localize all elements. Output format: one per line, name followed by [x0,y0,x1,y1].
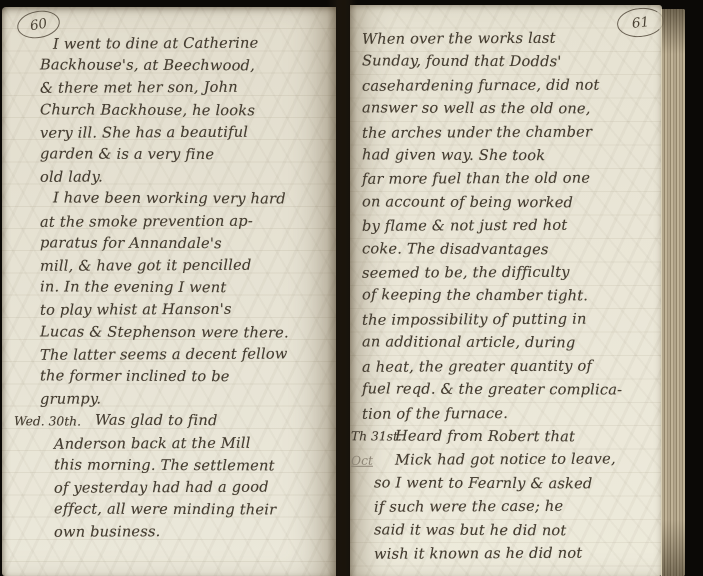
manuscript-line-text: I went to dine at Catherine [53,35,259,53]
right-page-text: When over the works lastSunday, found th… [362,27,662,565]
left-page-number: 60 [29,15,49,34]
manuscript-line-text: I have been working very hard [53,190,286,208]
manuscript-line-text: by flame & not just red hot [362,217,567,235]
margin-date-note: Th 31st. [351,425,402,449]
manuscript-line-text: if such were the case; he [374,498,563,516]
manuscript-line: paratus for Annandale's [40,232,334,255]
manuscript-line-text: an additional article, during [362,334,575,352]
margin-date-note: Oct [351,450,373,474]
manuscript-line: by flame & not just red hot [362,213,662,238]
manuscript-line: on account of being worked [362,190,662,215]
manuscript-line-text: so I went to Fearnly & asked [374,474,593,492]
page-edge-stack [661,9,685,576]
manuscript-line-text: the former inclined to be [40,367,230,385]
manuscript-line: own business. [40,521,334,545]
manuscript-line-text: The latter seems a decent fellow [40,345,288,363]
manuscript-line-text: of keeping the chamber tight. [362,287,588,305]
manuscript-line-text: effect, all were minding their [54,501,276,519]
manuscript-line-text: said it was but he did not [374,521,567,539]
manuscript-line: Wed. 30th.Was glad to find [40,410,334,433]
manuscript-line: Anderson back at the Mill [40,432,334,456]
manuscript-line: so I went to Fearnly & asked [362,471,662,496]
manuscript-line: mill, & have got it pencilled [40,254,334,278]
manuscript-line: When over the works last [362,26,662,51]
manuscript-line: a heat, the greater quantity of [362,354,662,379]
manuscript-line: coke. The disadvantages [362,237,662,262]
manuscript-line-text: a heat, the greater quantity of [362,357,592,375]
manuscript-line: garden & is a very fine [40,143,334,166]
manuscript-line-text: at the smoke prevention ap- [40,212,253,230]
manuscript-line: old lady. [40,165,334,189]
manuscript-line-text: very ill. She has a beautiful [40,123,248,141]
manuscript-line-text: own business. [54,524,161,542]
manuscript-line: grumpy. [40,387,334,411]
manuscript-line: Lucas & Stephenson were there. [40,321,334,344]
manuscript-line: at the smoke prevention ap- [40,210,334,234]
manuscript-line-text: Was glad to find [95,412,218,430]
manuscript-line: of keeping the chamber tight. [362,284,662,309]
manuscript-line-text: casehardening furnace, did not [362,76,600,94]
manuscript-line-text: seemed to be, the difficulty [362,264,570,282]
manuscript-line: effect, all were minding their [40,499,334,522]
manuscript-line: an additional article, during [362,331,662,356]
manuscript-line-text: Church Backhouse, he looks [40,101,255,119]
manuscript-line-text: to play whist at Hanson's [40,301,232,319]
manuscript-line: had given way. She took [362,143,662,168]
manuscript-line: wish it known as he did not [362,541,662,566]
manuscript-line: to play whist at Hanson's [40,299,334,323]
manuscript-line-text: Anderson back at the Mill [54,434,251,452]
manuscript-line-text: far more fuel than the old one [362,170,590,188]
manuscript-line: The latter seems a decent fellow [40,343,334,367]
manuscript-line-text: in. In the evening I went [40,279,227,297]
manuscript-line: said it was but he did not [362,518,662,543]
manuscript-line: tion of the furnace. [362,401,662,426]
manuscript-line-text: Sunday, found that Dodds' [362,53,562,71]
manuscript-line-text: Heard from Robert that [395,427,575,445]
manuscript-line: casehardening furnace, did not [362,73,662,98]
manuscript-line: seemed to be, the difficulty [362,260,662,285]
manuscript-line-text: paratus for Annandale's [40,234,222,252]
manuscript-line: I have been working very hard [40,188,334,211]
journal-photo: 60 61 I went to dine at CatherineBackhou… [0,0,703,576]
manuscript-line-text: Lucas & Stephenson were there. [40,323,289,341]
manuscript-line-text: answer so well as the old one, [362,100,591,118]
manuscript-line: the impossibility of putting in [362,307,662,332]
margin-date-note: Wed. 30th. [14,411,81,433]
manuscript-line-text: When over the works last [362,30,556,48]
manuscript-line-text: fuel reqd. & the greater complica- [362,380,622,398]
manuscript-line-text: on account of being worked [362,193,573,211]
manuscript-line-text: wish it known as he did not [374,545,582,563]
manuscript-line: Th 31st.Heard from Robert that [362,424,662,449]
manuscript-line: OctMick had got notice to leave, [362,448,662,473]
manuscript-line: Sunday, found that Dodds' [362,50,662,75]
manuscript-line-text: had given way. She took [362,146,545,164]
manuscript-line: & there met her son, John [40,77,334,101]
manuscript-line: I went to dine at Catherine [40,32,334,56]
manuscript-line: of yesterday had had a good [40,476,334,500]
manuscript-line: Church Backhouse, he looks [40,99,334,122]
manuscript-line-text: coke. The disadvantages [362,240,549,258]
manuscript-line: this morning. The settlement [40,454,334,477]
manuscript-line: far more fuel than the old one [362,167,662,192]
manuscript-line: if such were the case; he [362,494,662,519]
manuscript-line-text: & there met her son, John [40,79,238,97]
manuscript-line-text: Backhouse's, at Beechwood, [40,57,255,75]
manuscript-line: answer so well as the old one, [362,97,662,122]
manuscript-line-text: of yesterday had had a good [54,479,269,497]
manuscript-line-text: tion of the furnace. [362,405,508,423]
manuscript-line: very ill. She has a beautiful [40,121,334,145]
manuscript-line: Backhouse's, at Beechwood, [40,55,334,78]
manuscript-line-text: mill, & have got it pencilled [40,257,252,275]
manuscript-line: the former inclined to be [40,365,334,388]
manuscript-line: the arches under the chamber [362,120,662,145]
left-page-text: I went to dine at CatherineBackhouse's, … [40,33,334,544]
manuscript-line: fuel reqd. & the greater complica- [362,377,662,402]
manuscript-line-text: Mick had got notice to leave, [395,451,616,469]
manuscript-line-text: grumpy. [40,391,101,408]
manuscript-line-text: the arches under the chamber [362,123,592,141]
manuscript-line: in. In the evening I went [40,277,334,300]
manuscript-line-text: the impossibility of putting in [362,310,587,328]
manuscript-line-text: old lady. [40,169,103,186]
manuscript-line-text: this morning. The settlement [54,456,275,474]
manuscript-line-text: garden & is a very fine [40,145,214,163]
